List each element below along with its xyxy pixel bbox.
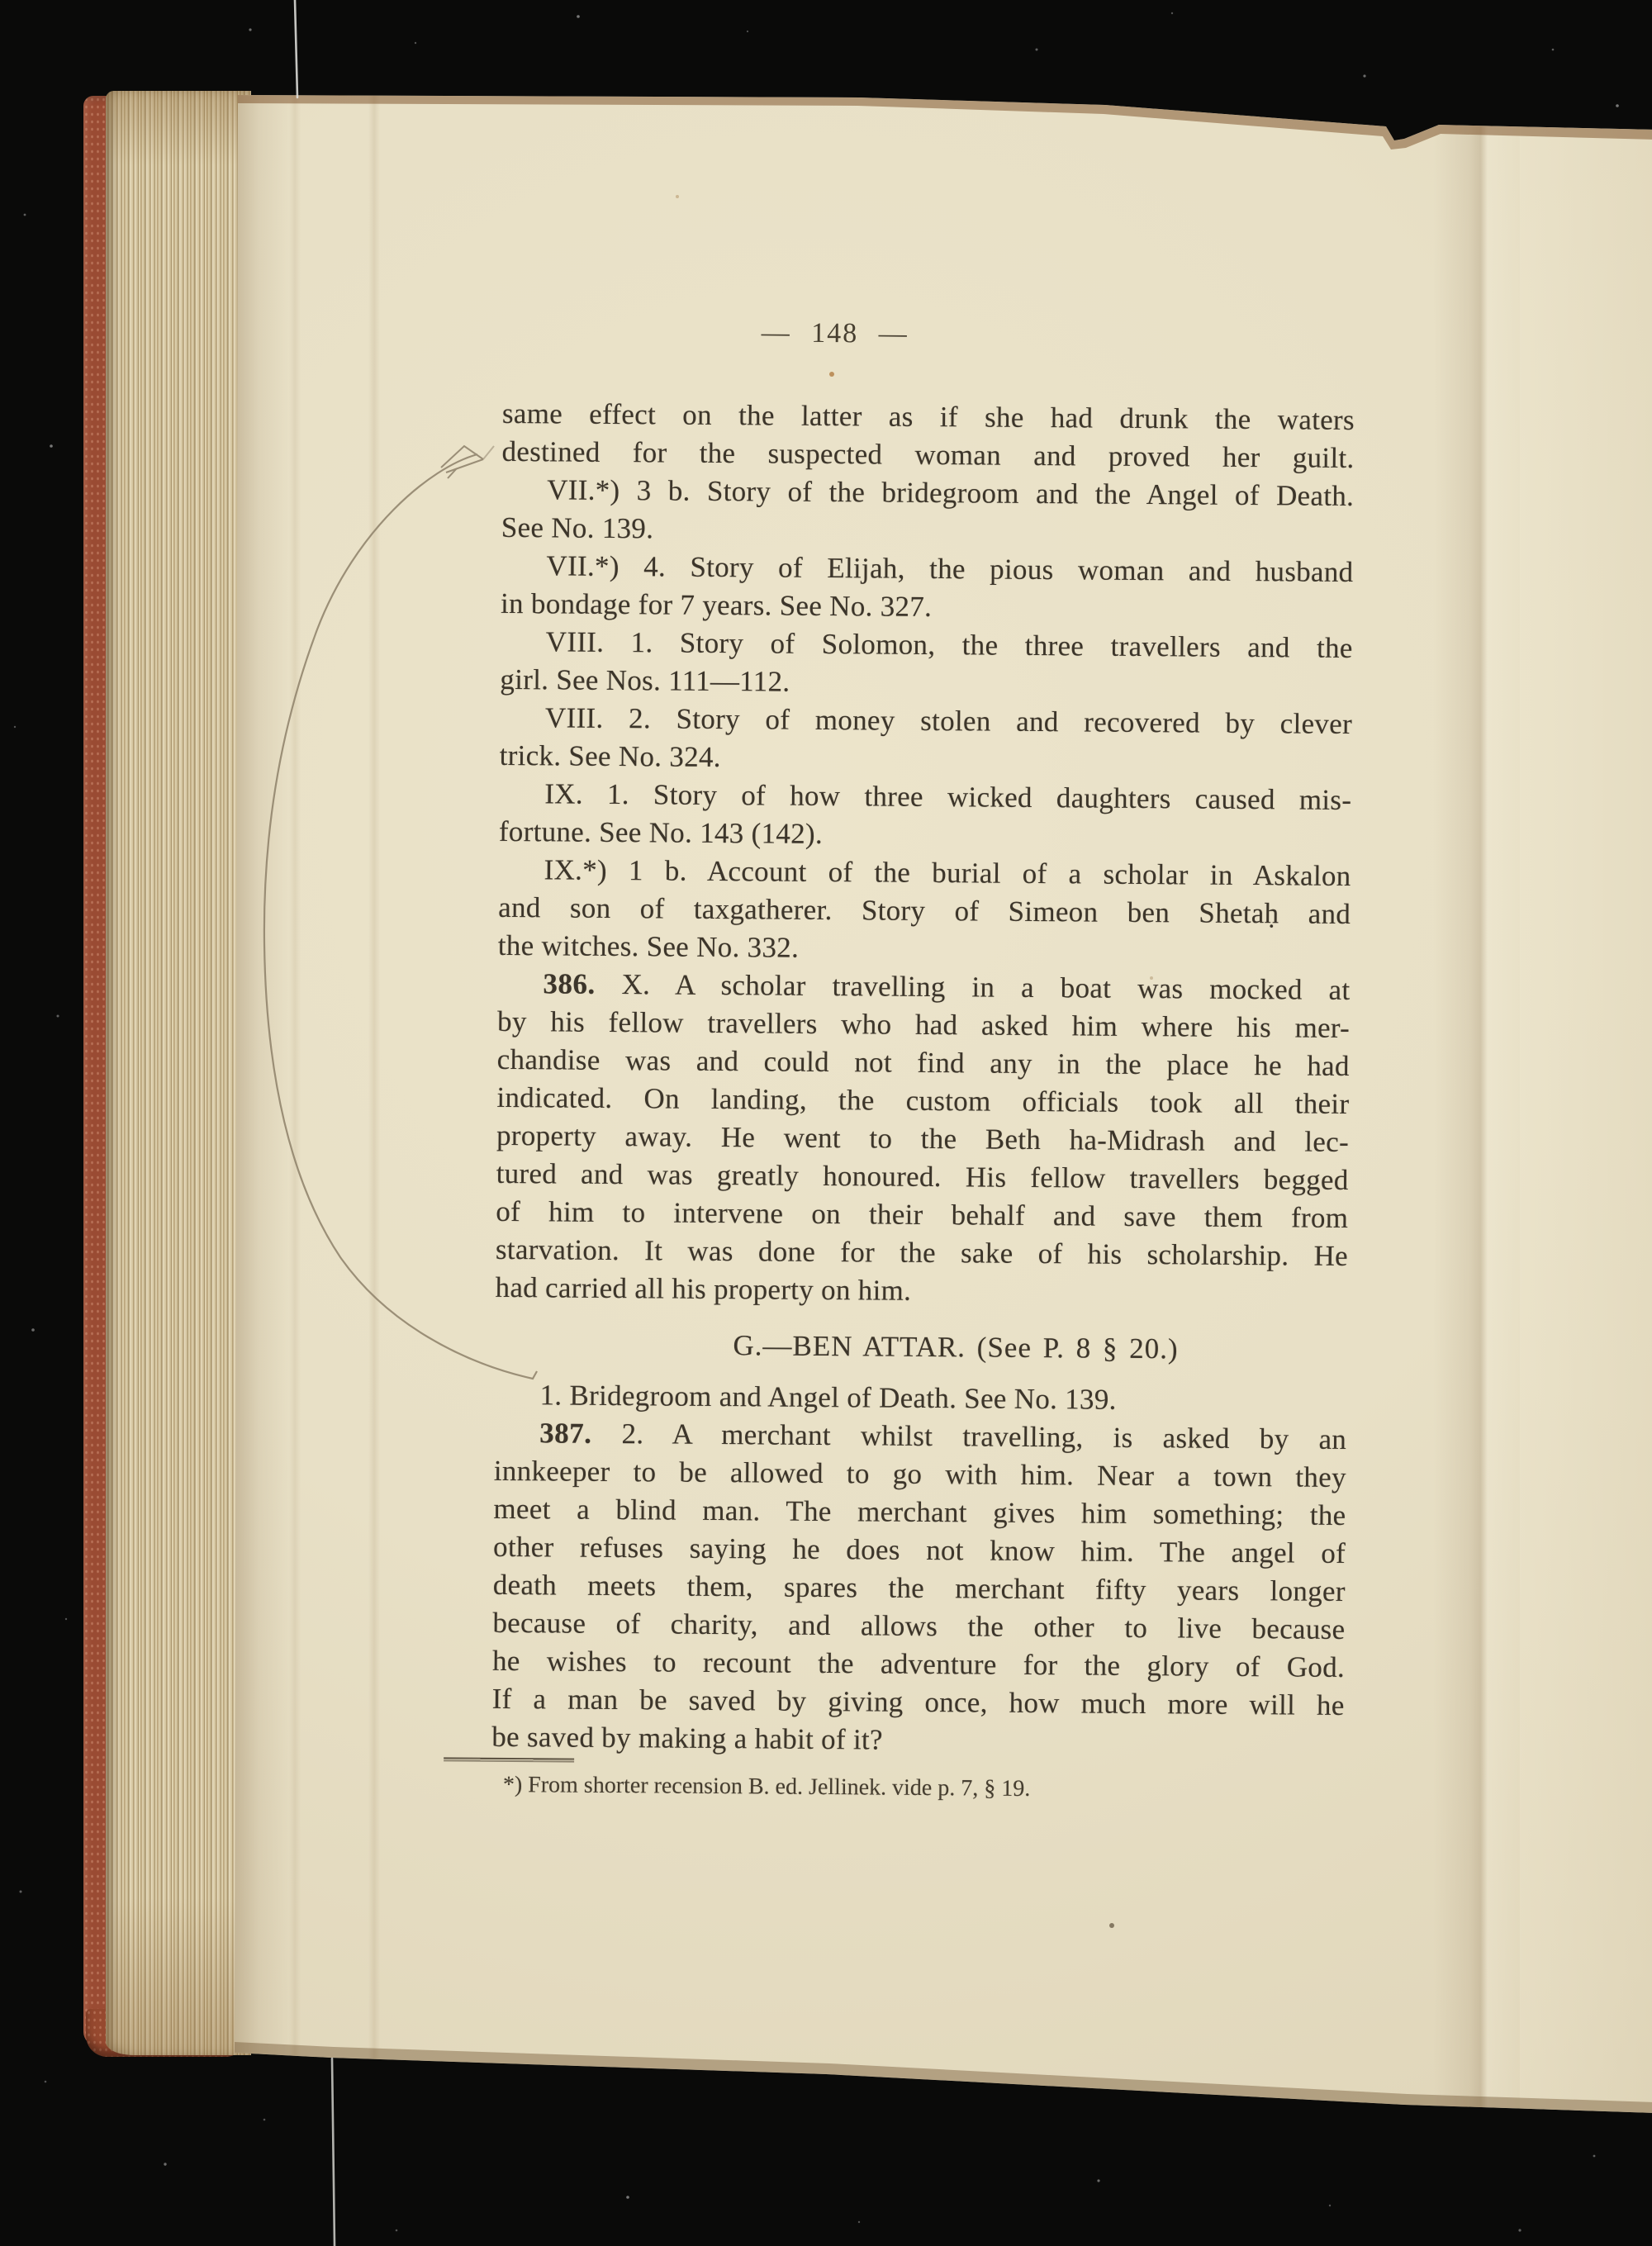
- text-line: If a man be saved by giving once, how mu…: [492, 1680, 1345, 1725]
- text-line: chandise was and could not find any in t…: [497, 1041, 1350, 1085]
- text-line: he wishes to recount the adventure for t…: [492, 1642, 1345, 1687]
- footnote: *) From shorter recension B. ed. Jelline…: [491, 1770, 1344, 1807]
- text-line: death meets them, spares the merchant fi…: [493, 1566, 1346, 1611]
- text-line: See No. 139.: [501, 509, 1354, 553]
- text-line: same effect on the latter as if she had …: [502, 395, 1355, 439]
- page-number: — 148 —: [728, 317, 942, 350]
- text-line: be saved by making a habit of it?: [491, 1718, 1344, 1763]
- book-page: — 148 — same effect on the latter as if …: [231, 91, 1652, 2123]
- text-line: by his fellow travellers who had asked h…: [497, 1003, 1350, 1047]
- foxing-spot: [1150, 976, 1153, 980]
- text-line: 386. X. A scholar travelling in a boat w…: [497, 965, 1350, 1009]
- text-column: same effect on the latter as if she had …: [491, 395, 1355, 1807]
- foxing-spot: [829, 372, 834, 377]
- foxing-spot: [676, 195, 679, 198]
- text-line: other refuses saying he does not know hi…: [493, 1528, 1346, 1573]
- bookmark-thread-top: [295, 0, 297, 97]
- text-line: starvation. It was done for the sake of …: [496, 1231, 1348, 1275]
- text-line: and son of taxgatherer. Story of Simeon …: [498, 889, 1351, 933]
- text-line: VII.*) 4. Story of Elijah, the pious wom…: [501, 547, 1353, 591]
- text-line: indicated. On landing, the custom offici…: [496, 1079, 1349, 1123]
- text-line: tured and was greatly honoured. His fell…: [496, 1155, 1349, 1199]
- bookmark-thread-bottom: [332, 2058, 335, 2246]
- text-line: VII.*) 3 b. Story of the bridegroom and …: [501, 471, 1354, 515]
- page-edges-stack: [106, 91, 251, 2055]
- text-line: trick. See No. 324.: [499, 737, 1351, 781]
- entries-block-2: 1. Bridegroom and Angel of Death. See No…: [491, 1376, 1347, 1763]
- text-line: the witches. See No. 332.: [498, 927, 1351, 971]
- text-line: in bondage for 7 years. See No. 327.: [501, 585, 1353, 629]
- footnote-rule: [444, 1757, 574, 1762]
- entries-block-1: same effect on the latter as if she had …: [495, 395, 1355, 1313]
- text-line: IX. 1. Story of how three wicked daughte…: [499, 775, 1351, 819]
- text-line: girl. See Nos. 111—112.: [500, 661, 1352, 705]
- photographed-book-scene: { "page": { "number_display": "— 148 —",…: [0, 0, 1652, 2246]
- text-line: because of charity, and allows the other…: [492, 1604, 1345, 1649]
- text-line: destined for the suspected woman and pro…: [501, 433, 1354, 477]
- text-line: VIII. 1. Story of Solomon, the three tra…: [501, 623, 1353, 667]
- text-line: meet a blind man. The merchant gives him…: [493, 1490, 1346, 1535]
- text-line: had carried all his property on him.: [495, 1269, 1347, 1313]
- text-line: IX.*) 1 b. Account of the burial of a sc…: [498, 851, 1351, 895]
- text-line: property away. He went to the Beth ha-Mi…: [496, 1117, 1349, 1161]
- text-line: fortune. See No. 143 (142).: [499, 813, 1351, 857]
- ink-speck: [1109, 1923, 1114, 1928]
- text-line: of him to intervene on their behalf and …: [496, 1193, 1348, 1237]
- text-line: 1. Bridegroom and Angel of Death. See No…: [494, 1376, 1346, 1421]
- section-heading: G.—BEN ATTAR. (See P. 8 § 20.): [529, 1325, 1382, 1370]
- text-line: 387. 2. A merchant whilst travelling, is…: [494, 1414, 1346, 1459]
- text-line: VIII. 2. Story of money stolen and recov…: [500, 699, 1352, 743]
- text-line: innkeeper to be allowed to go with him. …: [494, 1452, 1346, 1497]
- printed-text-layer: — 148 — same effect on the latter as if …: [218, 88, 1652, 2131]
